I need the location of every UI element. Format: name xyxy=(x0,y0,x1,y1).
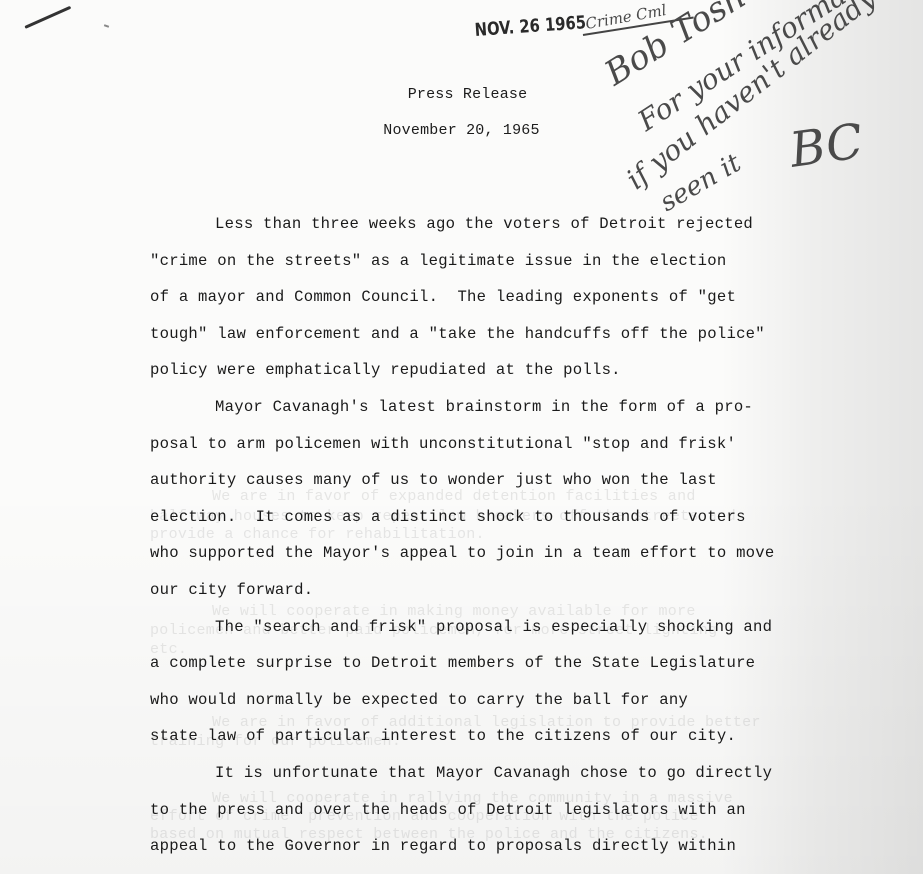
document-title: Press Release xyxy=(0,86,923,103)
paragraph-line: state law of particular interest to the … xyxy=(150,722,890,759)
received-date-stamp: NOV. 26 1965 xyxy=(474,12,587,41)
paragraph-line: who would normally be expected to carry … xyxy=(150,686,890,723)
paragraph-first-line: It is unfortunate that Mayor Cavanagh ch… xyxy=(150,759,890,796)
document-date: November 20, 1965 xyxy=(0,122,923,139)
pen-mark xyxy=(24,6,71,29)
paragraph-line: a complete surprise to Detroit members o… xyxy=(150,649,890,686)
paragraph-line: appeal to the Governor in regard to prop… xyxy=(150,832,890,869)
paragraph-line: posal to arm policemen with unconstituti… xyxy=(150,430,890,467)
paragraph-line: tough" law enforcement and a "take the h… xyxy=(150,320,890,357)
paragraph-line: election. It comes as a distinct shock t… xyxy=(150,503,890,540)
document-body: Less than three weeks ago the voters of … xyxy=(150,210,890,869)
paragraph-first-line: Less than three weeks ago the voters of … xyxy=(150,210,890,247)
paragraph-line: policy were emphatically repudiated at t… xyxy=(150,356,890,393)
paragraph-line: our city forward. xyxy=(150,576,890,613)
paragraph-line: authority causes many of us to wonder ju… xyxy=(150,466,890,503)
paragraph-line: "crime on the streets" as a legitimate i… xyxy=(150,247,890,284)
paragraph-first-line: Mayor Cavanagh's latest brainstorm in th… xyxy=(150,393,890,430)
paragraph-line: to the press and over the heads of Detro… xyxy=(150,796,890,833)
paragraph-line: of a mayor and Common Council. The leadi… xyxy=(150,283,890,320)
ink-speck xyxy=(104,24,109,28)
paragraph-first-line: The "search and frisk" proposal is espec… xyxy=(150,613,890,650)
paragraph-line: who supported the Mayor's appeal to join… xyxy=(150,539,890,576)
